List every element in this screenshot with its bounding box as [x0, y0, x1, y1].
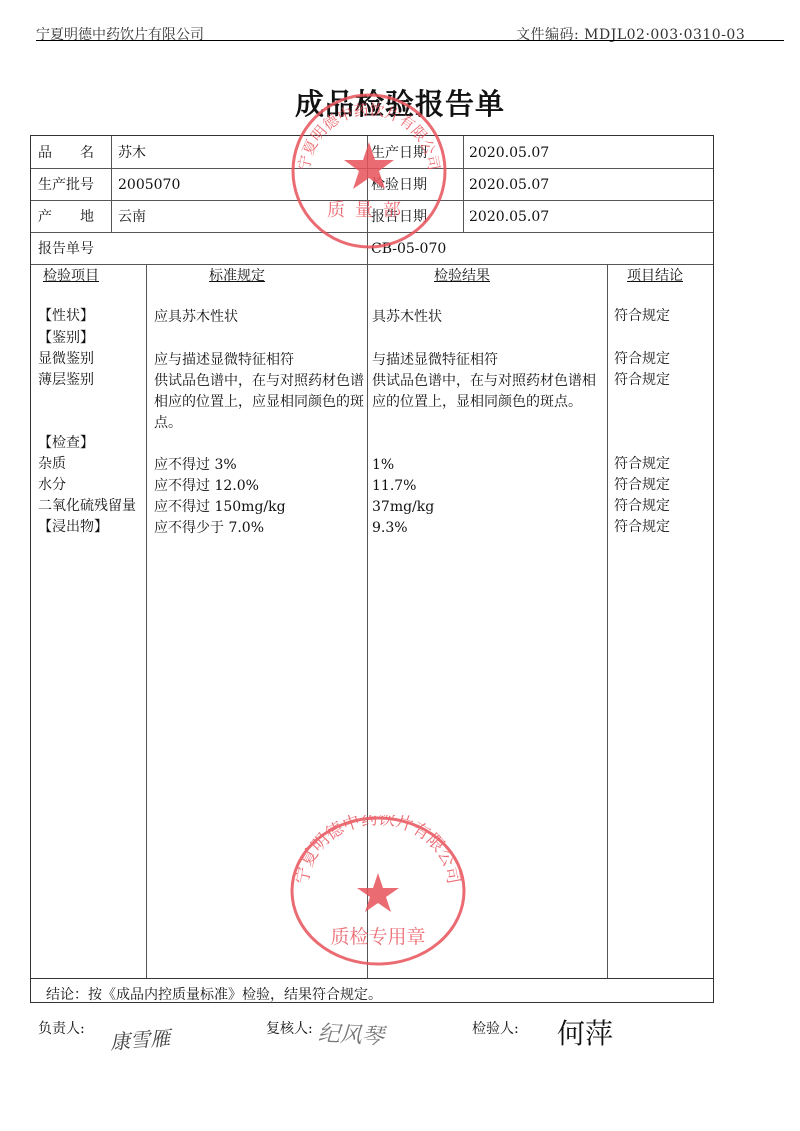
- column-header-item: 检验项目: [43, 267, 99, 285]
- row-item: 杂质: [38, 455, 66, 473]
- row-divider: [31, 200, 713, 201]
- row-item: 二氧化硫残留量: [38, 497, 136, 515]
- row-standard: 应具苏木性状: [154, 307, 366, 328]
- col-divider: [146, 264, 147, 978]
- responsible-label: 负责人:: [38, 1018, 85, 1038]
- responsible-signature: 康雪雁: [109, 1022, 171, 1055]
- col-divider: [367, 264, 368, 978]
- report-title: 成品检验报告单: [0, 82, 800, 123]
- row-standard: 供试品色谱中，在与对照药材色谱相应的位置上，应显相同颜色的斑点。: [154, 371, 366, 434]
- report-table: 品 名 苏木 生产日期 2020.05.07 生产批号 2005070 检验日期…: [30, 135, 714, 1003]
- row-conclusion: 符合规定: [614, 476, 670, 494]
- row-result: 11.7%: [372, 476, 604, 497]
- row-divider: [31, 264, 713, 265]
- inspection-date-value: 2020.05.07: [469, 176, 549, 194]
- row-result: 9.3%: [372, 518, 604, 539]
- row-item: 【鉴别】: [38, 329, 94, 347]
- row-standard: 应不得过 150mg/kg: [154, 497, 366, 518]
- row-divider: [31, 232, 713, 233]
- column-header-standard: 标准规定: [209, 267, 265, 285]
- col-divider: [111, 136, 112, 232]
- reviewer-signature: 纪风琴: [317, 1016, 385, 1050]
- inspector-label: 检验人:: [472, 1018, 519, 1038]
- row-standard: 应不得过 12.0%: [154, 476, 366, 497]
- report-date-label: 报告日期: [371, 208, 427, 226]
- header-rule: [36, 40, 784, 41]
- row-result: 供试品色谱中，在与对照药材色谱相应的位置上，显相同颜色的斑点。: [372, 371, 604, 413]
- row-result: 具苏木性状: [372, 307, 604, 328]
- row-item: 薄层鉴别: [38, 371, 94, 389]
- row-divider: [31, 978, 713, 979]
- origin-label: 产 地: [38, 208, 94, 226]
- reviewer-label: 复核人:: [266, 1018, 313, 1038]
- production-date-label: 生产日期: [371, 144, 427, 162]
- row-divider: [31, 168, 713, 169]
- row-item: 【检查】: [38, 434, 94, 452]
- row-standard: 应不得少于 7.0%: [154, 518, 366, 539]
- row-item: 显微鉴别: [38, 350, 94, 368]
- row-item: 【性状】: [38, 307, 94, 325]
- row-item: 水分: [38, 476, 66, 494]
- row-result: 1%: [372, 455, 604, 476]
- row-conclusion: 符合规定: [614, 307, 670, 325]
- report-date-value: 2020.05.07: [469, 208, 549, 226]
- report-number-label: 报告单号: [38, 240, 94, 258]
- row-result: 37mg/kg: [372, 497, 604, 518]
- product-name-label: 品 名: [38, 144, 94, 162]
- row-standard: 应不得过 3%: [154, 455, 366, 476]
- col-divider: [367, 136, 368, 264]
- row-standard: 应与描述显微特征相符: [154, 350, 366, 371]
- batch-value: 2005070: [118, 176, 180, 194]
- inspector-signature: 何萍: [557, 1012, 613, 1052]
- row-conclusion: 符合规定: [614, 518, 670, 536]
- final-conclusion: 结论：按《成品内控质量标准》检验，结果符合规定。: [46, 986, 382, 1004]
- page-header: 宁夏明德中药饮片有限公司 文件编码: MDJL02·003·0310-03: [0, 0, 800, 42]
- column-header-result: 检验结果: [434, 267, 490, 285]
- production-date-value: 2020.05.07: [469, 144, 549, 162]
- column-header-conclusion: 项目结论: [627, 267, 683, 285]
- col-divider: [463, 136, 464, 232]
- batch-label: 生产批号: [38, 176, 94, 194]
- row-conclusion: 符合规定: [614, 350, 670, 368]
- row-conclusion: 符合规定: [614, 455, 670, 473]
- row-result: 与描述显微特征相符: [372, 350, 604, 371]
- row-item: 【浸出物】: [38, 518, 108, 536]
- row-conclusion: 符合规定: [614, 497, 670, 515]
- origin-value: 云南: [118, 208, 146, 226]
- inspection-date-label: 检验日期: [371, 176, 427, 194]
- col-divider: [607, 264, 608, 978]
- product-name-value: 苏木: [118, 144, 146, 162]
- report-number-value: CB-05-070: [371, 240, 446, 258]
- row-conclusion: 符合规定: [614, 371, 670, 389]
